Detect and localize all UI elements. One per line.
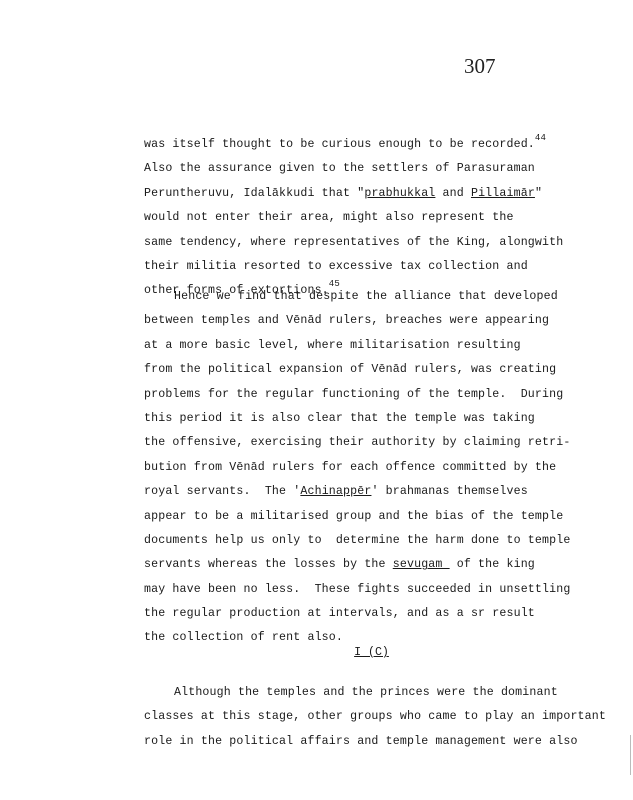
section-heading-text: I (C): [354, 646, 389, 659]
text-line: was itself thought to be curious enough …: [144, 133, 614, 157]
text-line: the offensive, exercising their authorit…: [144, 431, 614, 455]
text-line: Hence we find that despite the alliance …: [144, 285, 614, 309]
text-line: documents help us only to determine the …: [144, 529, 614, 553]
text-run: would not enter their area, might also r…: [144, 211, 514, 224]
text-run: servants whereas the losses by the: [144, 558, 393, 571]
paragraph-3: Although the temples and the princes wer…: [144, 681, 614, 754]
text-run: between temples and Vēnād rulers, breach…: [144, 314, 549, 327]
text-line: royal servants. The 'Achinappēr' brahman…: [144, 480, 614, 504]
text-run: same tendency, where representatives of …: [144, 236, 563, 249]
underlined-term: prabhukkal: [364, 187, 435, 200]
text-run: of the king: [450, 558, 535, 571]
text-run: the regular production at intervals, and…: [144, 607, 535, 620]
text-run: their militia resorted to excessive tax …: [144, 260, 528, 273]
text-line: Although the temples and the princes wer…: [144, 681, 614, 705]
text-run: was itself thought to be curious enough …: [144, 138, 535, 151]
text-line: may have been no less. These fights succ…: [144, 578, 614, 602]
text-run: and: [435, 187, 471, 200]
text-run: Also the assurance given to the settlers…: [144, 162, 535, 175]
text-line: appear to be a militarised group and the…: [144, 505, 614, 529]
text-run: may have been no less. These fights succ…: [144, 583, 570, 596]
text-run: ' brahmanas themselves: [371, 485, 527, 498]
text-run: documents help us only to determine the …: [144, 534, 570, 547]
text-line: problems for the regular functioning of …: [144, 383, 614, 407]
text-run: classes at this stage, other groups who …: [144, 710, 606, 723]
paragraph-2: Hence we find that despite the alliance …: [144, 285, 614, 651]
text-line: would not enter their area, might also r…: [144, 206, 614, 230]
text-run: this period it is also clear that the te…: [144, 412, 535, 425]
text-run: from the political expansion of Vēnād ru…: [144, 363, 556, 376]
text-line: this period it is also clear that the te…: [144, 407, 614, 431]
text-line: at a more basic level, where militarisat…: [144, 334, 614, 358]
text-line: Peruntheruvu, Idalākkudi that "prabhukka…: [144, 182, 614, 206]
paragraph-1: was itself thought to be curious enough …: [144, 133, 614, 304]
text-run: role in the political affairs and temple…: [144, 735, 578, 748]
text-line: bution from Vēnād rulers for each offenc…: [144, 456, 614, 480]
section-heading: I (C): [0, 646, 633, 659]
text-run: the collection of rent also.: [144, 631, 343, 644]
text-line: servants whereas the losses by the sevug…: [144, 553, 614, 577]
text-run: appear to be a militarised group and the…: [144, 510, 563, 523]
text-line: role in the political affairs and temple…: [144, 730, 614, 754]
text-run: royal servants. The ': [144, 485, 300, 498]
text-line: the regular production at intervals, and…: [144, 602, 614, 626]
text-run: at a more basic level, where militarisat…: [144, 339, 521, 352]
text-line: classes at this stage, other groups who …: [144, 705, 614, 729]
page-number: 307: [464, 54, 496, 79]
text-run: Hence we find that despite the alliance …: [174, 290, 558, 303]
text-run: problems for the regular functioning of …: [144, 388, 563, 401]
underlined-term: Pillaimār: [471, 187, 535, 200]
text-line: their militia resorted to excessive tax …: [144, 255, 614, 279]
text-run: Peruntheruvu, Idalākkudi that ": [144, 187, 364, 200]
text-line: Also the assurance given to the settlers…: [144, 157, 614, 181]
scan-margin-mark: [630, 735, 631, 775]
underlined-term: sevugam: [393, 558, 450, 571]
text-run: Although the temples and the princes wer…: [174, 686, 558, 699]
text-run: bution from Vēnād rulers for each offenc…: [144, 461, 556, 474]
underlined-term: Achinappēr: [300, 485, 371, 498]
text-line: between temples and Vēnād rulers, breach…: [144, 309, 614, 333]
footnote-ref: 44: [535, 133, 546, 143]
text-run: the offensive, exercising their authorit…: [144, 436, 570, 449]
text-run: ": [535, 187, 542, 200]
text-line: from the political expansion of Vēnād ru…: [144, 358, 614, 382]
text-line: same tendency, where representatives of …: [144, 231, 614, 255]
